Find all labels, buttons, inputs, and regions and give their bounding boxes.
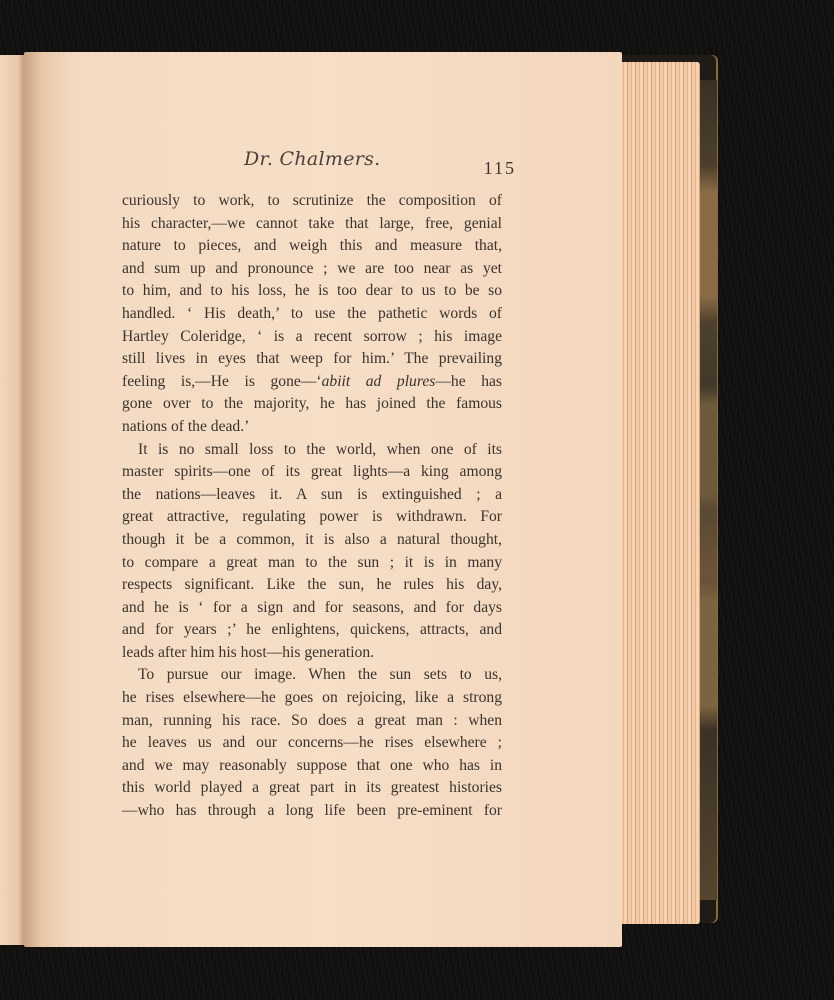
text-line: he leaves us and our concerns—he rises e… [122, 732, 502, 755]
text-line: to compare a great man to the sun ; it i… [122, 552, 502, 575]
text-line: It is no small loss to the world, when o… [122, 439, 502, 462]
paragraph: It is no small loss to the world, when o… [122, 439, 502, 665]
text-line: handled. ‘ His death,’ to use the pathet… [122, 303, 502, 326]
open-book: Dr. Chalmers. 115 curiously to work, to … [0, 0, 834, 1000]
text-line: this world played a great part in its gr… [122, 777, 502, 800]
text-line: and sum up and pronounce ; we are too ne… [122, 258, 502, 281]
running-head-title: Dr. Chalmers. [244, 148, 381, 170]
text-line: gone over to the majority, he has joined… [122, 393, 502, 416]
text-line: still lives in eyes that weep for him.’ … [122, 348, 502, 371]
paragraph: To pursue our image. When the sun sets t… [122, 664, 502, 822]
running-head: Dr. Chalmers. 115 [120, 148, 520, 178]
body-text: curiously to work, to scrutinize the com… [122, 190, 502, 823]
text-line: Hartley Coleridge, ‘ is a recent sorrow … [122, 326, 502, 349]
text-line: nations of the dead.’ [122, 416, 502, 439]
text-line: he rises elsewhere—he goes on rejoicing,… [122, 687, 502, 710]
text-line: great attractive, regulating power is wi… [122, 506, 502, 529]
page-number: 115 [484, 158, 516, 179]
text-line: the nations—leaves it. A sun is extingui… [122, 484, 502, 507]
text-line: master spirits—one of its great lights—a… [122, 461, 502, 484]
text-line: his character,—we cannot take that large… [122, 213, 502, 236]
text-line: and we may reasonably suppose that one w… [122, 755, 502, 778]
text-line: nature to pieces, and weigh this and mea… [122, 235, 502, 258]
text-line: —who has through a long life been pre-em… [122, 800, 502, 823]
page-fore-edge [612, 62, 700, 924]
italic-latin-phrase: abiit ad plures [322, 373, 436, 390]
paragraph: curiously to work, to scrutinize the com… [122, 190, 502, 439]
left-page-edge [0, 55, 26, 945]
text-line: leads after him his host—his generation. [122, 642, 502, 665]
text-line: and for years ;’ he enlightens, quickens… [122, 619, 502, 642]
text-line: to him, and to his loss, he is too dear … [122, 280, 502, 303]
text-line: and he is ‘ for a sign and for seasons, … [122, 597, 502, 620]
text-line: To pursue our image. When the sun sets t… [122, 664, 502, 687]
text-line-with-italic: feeling is,—He is gone—‘abiit ad plures—… [122, 371, 502, 394]
text-line: though it be a common, it is also a natu… [122, 529, 502, 552]
text-line: man, running his race. So does a great m… [122, 710, 502, 733]
text-line: respects significant. Like the sun, he r… [122, 574, 502, 597]
marbled-cover-edge [700, 80, 717, 900]
text-line: curiously to work, to scrutinize the com… [122, 190, 502, 213]
